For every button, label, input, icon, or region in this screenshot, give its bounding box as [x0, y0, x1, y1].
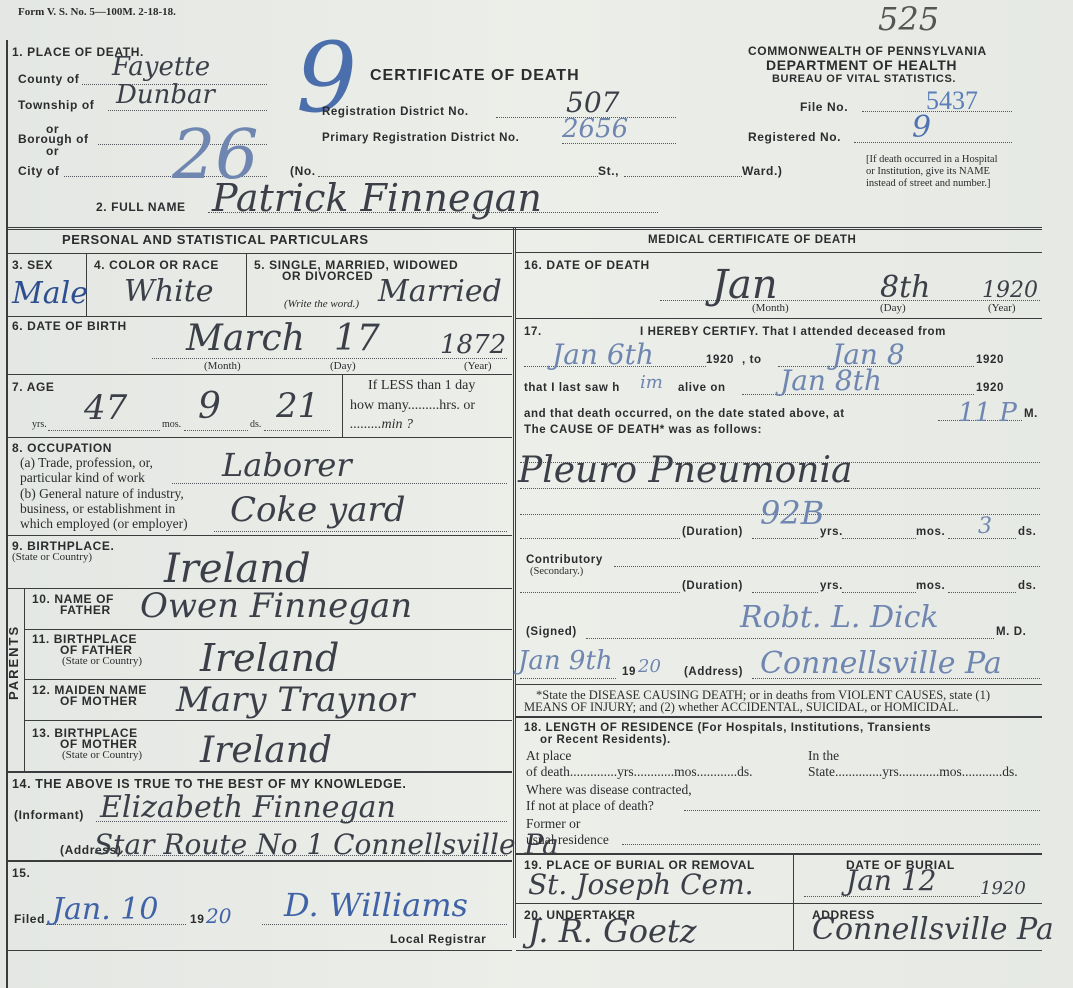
state-or-country-caption: (State or Country)	[62, 749, 142, 761]
death-day: 8th	[880, 270, 930, 305]
undertaker-value: J. R. Goetz	[528, 912, 697, 950]
age-days: 21	[276, 386, 319, 426]
burial-date-value: Jan 12	[846, 864, 936, 897]
father-birthplace-value: Ireland	[200, 636, 339, 680]
local-registrar-label: Local Registrar	[390, 932, 486, 946]
death-occurred-label: and that death occurred, on the date sta…	[524, 408, 845, 420]
date-of-birth-label: 6. DATE OF BIRTH	[12, 319, 127, 333]
disease-code: 92B	[760, 494, 824, 532]
at-place-label: At place	[526, 748, 571, 764]
write-word-hint: (Write the word.)	[284, 298, 359, 310]
signed-date-value: Jan 9th	[518, 646, 613, 676]
occupation-b-text: (b) General nature of industry,	[20, 486, 184, 502]
personal-section-title: PERSONAL AND STATISTICAL PARTICULARS	[62, 232, 369, 247]
street-label: St.,	[598, 164, 619, 178]
sex-value: Male	[12, 276, 88, 311]
minutes-label: .........min ?	[350, 417, 413, 433]
duration-label: (Duration)	[682, 526, 743, 538]
yrs-label: yrs.	[32, 419, 47, 430]
day-caption: (Day)	[330, 360, 356, 372]
alive-on-label: alive on	[678, 382, 726, 394]
attended-from-date: Jan 6th	[552, 338, 654, 371]
certificate-title: CERTIFICATE OF DEATH	[370, 67, 580, 85]
death-year: 1920	[982, 278, 1038, 303]
filed-year-prefix: 19	[190, 912, 205, 926]
date-of-death-label: 16. DATE OF DEATH	[524, 258, 650, 272]
registered-number-value: 9	[912, 110, 931, 145]
race-label: 4. COLOR OR RACE	[94, 258, 219, 272]
footnote-line-2: MEANS OF INJURY; and (2) whether ACCIDEN…	[524, 700, 959, 715]
medical-section-title: MEDICAL CERTIFICATE OF DEATH	[648, 234, 856, 246]
signed-label: (Signed)	[526, 626, 577, 638]
ds-label: ds.	[250, 419, 261, 430]
duration-days-value: 3	[978, 514, 992, 539]
day-caption: (Day)	[880, 302, 906, 314]
race-value: White	[124, 274, 214, 309]
informant-address-value: Star Route No 1 Connellsville Pa	[94, 828, 559, 861]
death-certificate: Form V. S. No. 5—100M. 2-18-18. 525 COMM…	[0, 0, 1073, 988]
attended-to-year: 1920	[976, 354, 1004, 366]
in-state-duration: State..............yrs............mos...…	[808, 764, 1018, 780]
meridiem-label: M.	[1024, 408, 1038, 420]
attended-from-year: 1920	[706, 354, 734, 366]
primary-district-value: 2656	[562, 114, 628, 144]
occupation-a-text: (a) Trade, profession, or,	[20, 456, 153, 470]
file-number-value: 5437	[926, 86, 978, 116]
form-id: Form V. S. No. 5—100M. 2-18-18.	[18, 6, 176, 18]
mother-birthplace-value: Ireland	[200, 730, 332, 771]
burial-year-value: 1920	[980, 878, 1026, 899]
stamp-number: 525	[878, 0, 939, 38]
trade-value: Laborer	[222, 446, 352, 484]
signed-year-prefix: 19	[622, 666, 636, 678]
less-than-day-label: If LESS than 1 day	[368, 378, 475, 394]
occupation-label: 8. OCCUPATION	[12, 441, 112, 455]
certify-statement: I HEREBY CERTIFY. That I attended deceas…	[640, 326, 946, 338]
mother-name-label-2: OF MOTHER	[60, 694, 137, 708]
where-contracted-label: Where was disease contracted,	[526, 782, 692, 798]
last-saw-label: that I last saw h	[524, 382, 620, 394]
md-label: M. D.	[996, 626, 1026, 638]
county-label: County of	[18, 72, 79, 86]
or-label: or	[46, 144, 59, 158]
commonwealth-heading: COMMONWEALTH OF PENNSYLVANIA	[748, 44, 987, 58]
former-residence-label: Former or	[526, 816, 580, 832]
year-caption: (Year)	[988, 302, 1016, 314]
if-not-at-place-label: If not at place of death?	[526, 798, 654, 814]
informant-value: Elizabeth Finnegan	[100, 790, 396, 825]
mos-label: mos.	[916, 580, 945, 592]
true-statement-label: 14. THE ABOVE IS TRUE TO THE BEST OF MY …	[12, 777, 406, 791]
registered-number-label: Registered No.	[748, 130, 841, 144]
marital-status-label-line2: OR DIVORCED	[282, 269, 373, 283]
undertaker-address-value: Connellsville Pa	[812, 912, 1054, 947]
secondary-caption: (Secondary.)	[530, 566, 583, 577]
city-label: City of	[18, 164, 60, 178]
age-months: 9	[198, 386, 221, 427]
yrs-label: yrs.	[820, 580, 843, 592]
father-name-label-2: FATHER	[60, 603, 111, 617]
industry-value: Coke yard	[230, 490, 406, 530]
filed-label: Filed	[14, 912, 45, 926]
last-seen-year: 1920	[976, 382, 1004, 394]
parents-vertical-label: PARENTS	[6, 625, 21, 700]
residence-label: 18. LENGTH OF RESIDENCE (For Hospitals, …	[524, 722, 931, 734]
item-15-label: 15.	[12, 866, 30, 880]
full-name-label: 2. FULL NAME	[96, 200, 186, 214]
birth-year: 1872	[440, 330, 506, 360]
physician-address-value: Connellsville Pa	[760, 646, 1002, 681]
full-name-value: Patrick Finnegan	[212, 176, 542, 220]
month-caption: (Month)	[752, 302, 789, 314]
physician-signature: Robt. L. Dick	[740, 600, 939, 635]
duration-label: (Duration)	[682, 580, 743, 592]
item-17-label: 17.	[524, 326, 542, 338]
last-saw-pronoun: im	[640, 372, 663, 393]
hospital-note: [If death occurred in a Hospital or Inst…	[866, 154, 1006, 190]
state-or-country-caption: (State or Country)	[62, 655, 142, 667]
ds-label: ds.	[1018, 526, 1036, 538]
age-label: 7. AGE	[12, 380, 55, 394]
township-value: Dunbar	[116, 80, 215, 110]
registrar-signature: D. Williams	[284, 886, 468, 924]
at-place-of-death-duration: of death..............yrs............mos…	[526, 764, 753, 780]
cause-of-death-value: Pleuro Pneumonia	[518, 450, 852, 491]
in-the-label: In the	[808, 748, 839, 764]
age-years: 47	[84, 388, 127, 428]
physician-address-label: (Address)	[684, 666, 743, 678]
bureau-heading: BUREAU OF VITAL STATISTICS.	[772, 73, 956, 85]
to-label: , to	[742, 354, 762, 366]
year-caption: (Year)	[464, 360, 492, 372]
ds-label: ds.	[1018, 580, 1036, 592]
yrs-label: yrs.	[820, 526, 843, 538]
usual-residence-label: usual residence	[526, 832, 609, 848]
birth-day: 17	[334, 318, 380, 359]
filed-year-value: 20	[206, 904, 231, 928]
left-border	[6, 40, 8, 988]
signed-year-value: 20	[638, 656, 661, 677]
occupation-b-text-2: business, or establishment in	[20, 501, 175, 517]
month-caption: (Month)	[204, 360, 241, 372]
file-number-label: File No.	[800, 100, 848, 114]
birth-month: March	[186, 318, 305, 359]
sex-label: 3. SEX	[12, 258, 53, 272]
county-value: Fayette	[112, 52, 210, 82]
department-heading: DEPARTMENT OF HEALTH	[766, 57, 957, 73]
last-seen-date: Jan 8th	[780, 364, 882, 397]
filed-date-value: Jan. 10	[52, 892, 158, 927]
informant-label: (Informant)	[14, 808, 84, 822]
how-many-hours-label: how many.........hrs. or	[350, 398, 475, 414]
marital-status-value: Married	[378, 274, 502, 309]
contributory-label: Contributory	[526, 554, 603, 566]
residence-label-2: or Recent Residents).	[540, 734, 671, 746]
mos-label: mos.	[162, 419, 181, 430]
burial-place-value: St. Joseph Cem.	[528, 868, 754, 901]
mos-label: mos.	[916, 526, 945, 538]
township-label: Township of	[18, 98, 94, 112]
occupation-a-text-2: particular kind of work	[20, 470, 145, 486]
primary-district-label: Primary Registration District No.	[322, 132, 519, 144]
mother-name-value: Mary Traynor	[176, 680, 414, 720]
father-name-value: Owen Finnegan	[140, 586, 412, 626]
registration-district-label: Registration District No.	[322, 106, 469, 118]
ward-label: Ward.)	[742, 164, 783, 178]
state-or-country-caption: (State or Country)	[12, 551, 92, 563]
cause-of-death-label: The CAUSE OF DEATH* was as follows:	[524, 424, 762, 436]
occupation-b-text-3: which employed (or employer)	[20, 516, 188, 532]
time-of-death: 11 P	[958, 398, 1017, 428]
